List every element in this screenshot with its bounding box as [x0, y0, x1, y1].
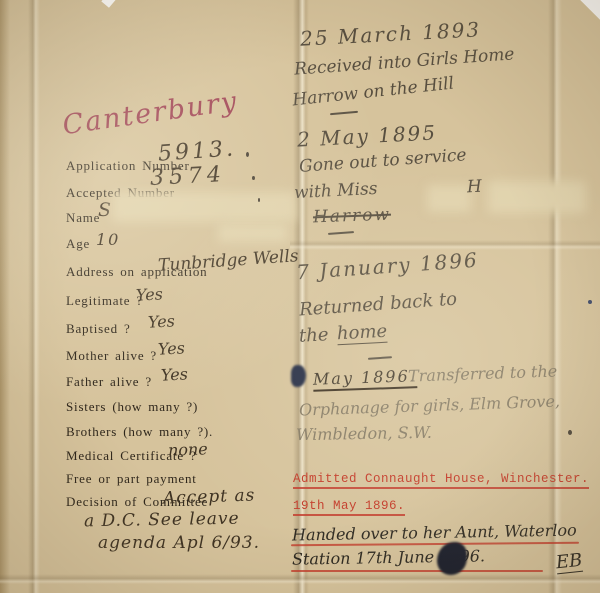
note-entry1-line1: Received into Girls Home [294, 44, 515, 79]
typed-stamp-line2: 19th May 1896. [293, 499, 405, 516]
note-entry3-line1: Returned back to [298, 289, 457, 321]
note-entry2-line3: Harrow [313, 205, 392, 228]
field-label-age: Age [66, 236, 90, 252]
paper-speck [258, 198, 260, 202]
note-entry3-date: 7 January 1896 [295, 248, 479, 285]
field-value-address: Tunbridge Wells [157, 246, 299, 276]
field-value-accepted-number: 3574 [149, 162, 226, 191]
field-label-name: Name [66, 210, 100, 226]
field-label-legitimate: Legitimate ? [66, 293, 143, 309]
paper-speck [246, 152, 249, 157]
redaction-patch [218, 224, 288, 242]
field-label-payment: Free or part payment [66, 471, 197, 487]
field-label-mother-alive: Mother alive ? [66, 348, 157, 364]
note-entry3-line2b: home [336, 321, 387, 346]
note-entry4-line2: Orphanage for girls, Elm Grove, [299, 391, 561, 419]
redaction-patch-right [488, 181, 586, 213]
ink-blot [291, 365, 306, 387]
field-value-legitimate: Yes [136, 284, 164, 304]
fold-crease [0, 574, 600, 584]
paper-edge-shadow [0, 0, 10, 593]
paper-speck [252, 176, 255, 180]
note-entry1-date: 25 March 1893 [299, 17, 481, 50]
field-label-baptised: Baptised ? [66, 321, 131, 337]
paper-speck [568, 430, 572, 435]
field-label-father-alive: Father alive ? [66, 374, 152, 390]
field-value-mother-alive: Yes [158, 338, 186, 358]
decision-note-line3: agenda Apl 6/93. [98, 533, 260, 553]
paper-speck [588, 300, 592, 304]
note-entry3-line2a: the [298, 324, 329, 347]
field-value-decision: Accept as [163, 485, 256, 508]
redaction-patch-miss [427, 185, 471, 212]
field-value-age: 10 [96, 230, 120, 249]
stray-mark [368, 356, 392, 360]
handover-initials: EB [555, 550, 584, 575]
note-entry4-date: May 1896. [313, 366, 418, 392]
note-entry4-line3: Wimbledon, S.W. [296, 423, 432, 444]
note-entry1-line2: Harrow on the Hill [291, 74, 455, 111]
field-label-sisters: Sisters (how many ?) [66, 399, 198, 415]
field-value-baptised: Yes [148, 311, 176, 331]
scan-corner [580, 0, 600, 20]
decision-note-line2: a D.C. See leave [84, 509, 240, 532]
redaction-patch-name [112, 192, 296, 222]
field-value-medical-certificate: none [168, 439, 208, 459]
field-label-brothers: Brothers (how many ?). [66, 424, 213, 440]
note-entry2-line2a: with Miss [294, 179, 378, 203]
fold-crease [28, 0, 40, 593]
field-value-father-alive: Yes [161, 364, 189, 384]
note-divider-dash [330, 111, 358, 115]
note-entry4-line1: Transferred to the [408, 361, 558, 385]
typed-stamp-line1: Admitted Connaught House, Winchester. [293, 472, 589, 489]
note-divider-dash [328, 231, 354, 235]
note-entry2-line2b: H [466, 177, 482, 198]
note-entry2-date: 2 May 1895 [296, 120, 437, 151]
field-value-name: S [98, 199, 111, 221]
handover-line1: Handed over to her Aunt, Waterloo [292, 521, 577, 545]
fold-crease [290, 240, 600, 250]
scanned-admission-form: Canterbury Application Number Accepted N… [0, 0, 600, 593]
red-underline [291, 570, 543, 572]
scan-corner [101, 0, 116, 8]
fold-crease [548, 0, 562, 593]
region-script-annotation: Canterbury [61, 86, 240, 141]
